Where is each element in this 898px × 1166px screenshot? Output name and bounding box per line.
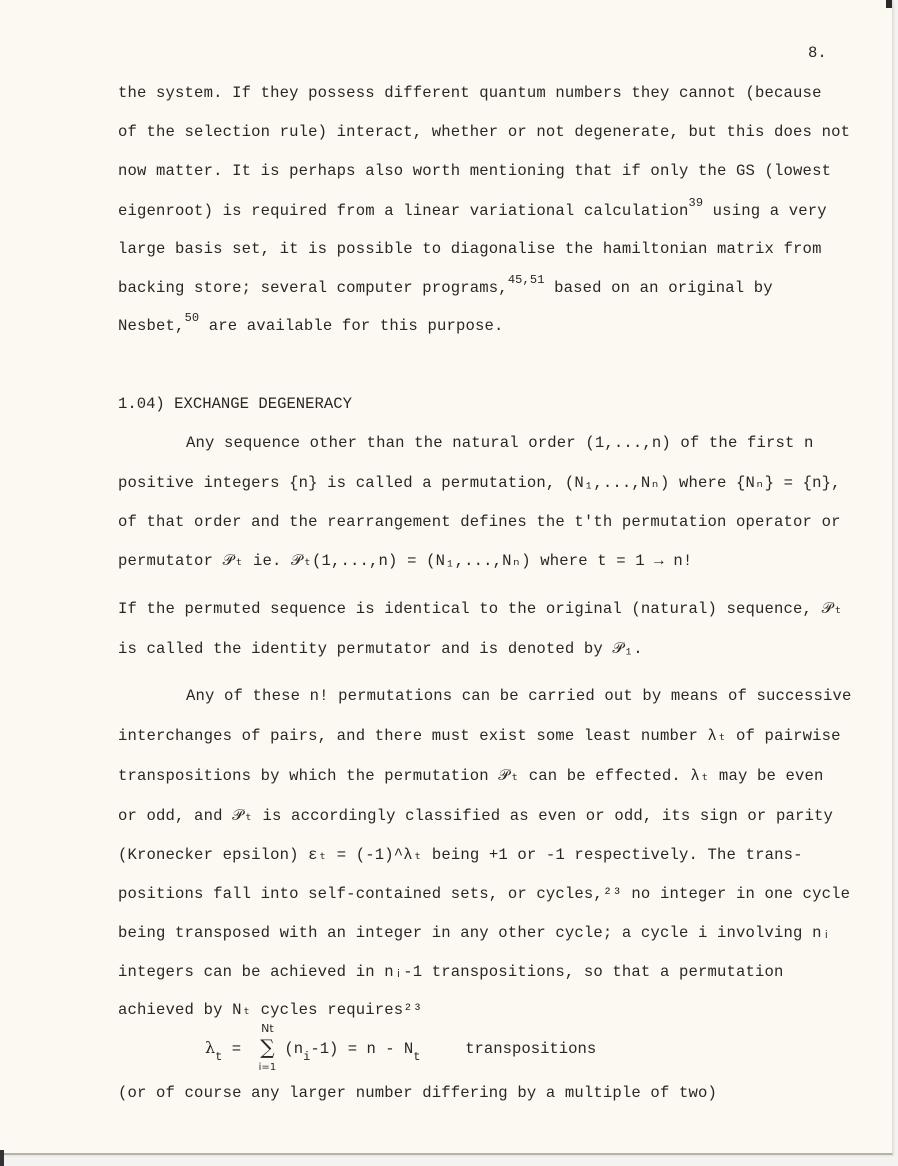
formula-term: (n — [284, 1040, 303, 1058]
text-fragment: are available for this purpose. — [199, 317, 503, 335]
scan-corner-mark — [886, 0, 892, 8]
display-formula: λt = Nt ∑ i=1 (ni-1) = n - Nt transposit… — [205, 1038, 596, 1059]
text-line: positions fall into self-contained sets,… — [118, 885, 850, 903]
text-line: backing store; several computer programs… — [118, 279, 773, 297]
text-line: Any sequence other than the natural orde… — [186, 434, 814, 452]
text-line: Nesbet,50 are available for this purpose… — [118, 317, 504, 335]
summation: Nt ∑ i=1 — [254, 1038, 280, 1059]
document-page: 8. the system. If they possess different… — [0, 0, 893, 1155]
text-line: is called the identity permutator and is… — [118, 640, 643, 658]
text-line: achieved by Nₜ cycles requires²³ — [118, 1001, 422, 1019]
text-line: transpositions by which the permutation … — [118, 767, 824, 785]
text-line: (Kronecker epsilon) εₜ = (-1)^λₜ being +… — [118, 846, 803, 864]
text-line: now matter. It is perhaps also worth men… — [118, 162, 831, 180]
section-heading: 1.04) EXCHANGE DEGENERACY — [118, 395, 352, 413]
citation-ref: 45,51 — [508, 273, 545, 287]
scan-edge-mark — [0, 1150, 4, 1166]
formula-term: -1) = n - N — [310, 1040, 413, 1058]
subscript: t — [413, 1050, 420, 1064]
sum-lower-limit: i=1 — [254, 1062, 280, 1073]
text-fragment: based on an original by — [545, 279, 773, 297]
text-line: of the selection rule) interact, whether… — [118, 123, 850, 141]
text-line: eigenroot) is required from a linear var… — [118, 202, 827, 220]
text-fragment: eigenroot) is required from a linear var… — [118, 202, 688, 220]
citation-ref: 39 — [688, 196, 703, 210]
text-line: being transposed with an integer in any … — [118, 924, 831, 942]
formula-label: transpositions — [465, 1040, 596, 1058]
sum-upper-limit: Nt — [254, 1022, 280, 1035]
text-line: positive integers {n} is called a permut… — [118, 474, 841, 492]
subscript: t — [215, 1050, 222, 1064]
equals-sign: = — [232, 1040, 241, 1058]
text-line: permutator 𝒫ₜ ie. 𝒫ₜ(1,...,n) = (N₁,...,… — [118, 552, 692, 570]
text-line: interchanges of pairs, and there must ex… — [118, 727, 841, 745]
text-line: (or of course any larger number differin… — [118, 1084, 717, 1102]
lambda-symbol: λ — [205, 1038, 215, 1057]
sigma-icon: ∑ — [260, 1035, 274, 1059]
text-line: integers can be achieved in nᵢ-1 transpo… — [118, 963, 784, 981]
text-line: Any of these n! permutations can be carr… — [186, 687, 852, 705]
page-number: 8. — [808, 44, 827, 62]
text-line: If the permuted sequence is identical to… — [118, 600, 843, 618]
text-fragment: Nesbet, — [118, 317, 185, 335]
text-line: of that order and the rearrangement defi… — [118, 513, 841, 531]
text-fragment: using a very — [703, 202, 827, 220]
text-line: large basis set, it is possible to diago… — [118, 240, 822, 258]
text-fragment: backing store; several computer programs… — [118, 279, 508, 297]
citation-ref: 50 — [185, 311, 200, 325]
text-line: the system. If they possess different qu… — [118, 84, 822, 102]
text-line: or odd, and 𝒫ₜ is accordingly classified… — [118, 807, 833, 825]
